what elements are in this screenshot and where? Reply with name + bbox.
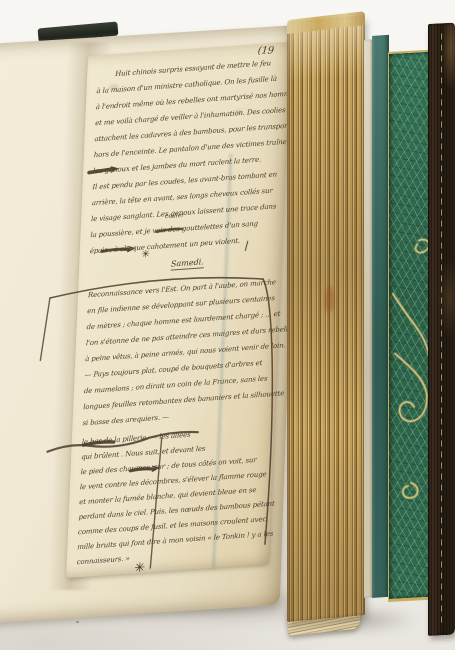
fore-edge-stain [325,286,334,313]
gilt-fore-edge [287,15,365,622]
photograph-open-manuscript-book: (19 Huit chinois surpris essayant de met… [0,0,455,650]
dark-leather-board [428,23,455,636]
teal-leather-band [372,35,389,598]
dust-speck [76,621,79,623]
manuscript-sheet: (19 Huit chinois surpris essayant de met… [66,42,290,578]
gilt-fillet-line [441,33,442,623]
gilt-head-edge [287,11,365,34]
ink-revision-marks [25,39,328,599]
